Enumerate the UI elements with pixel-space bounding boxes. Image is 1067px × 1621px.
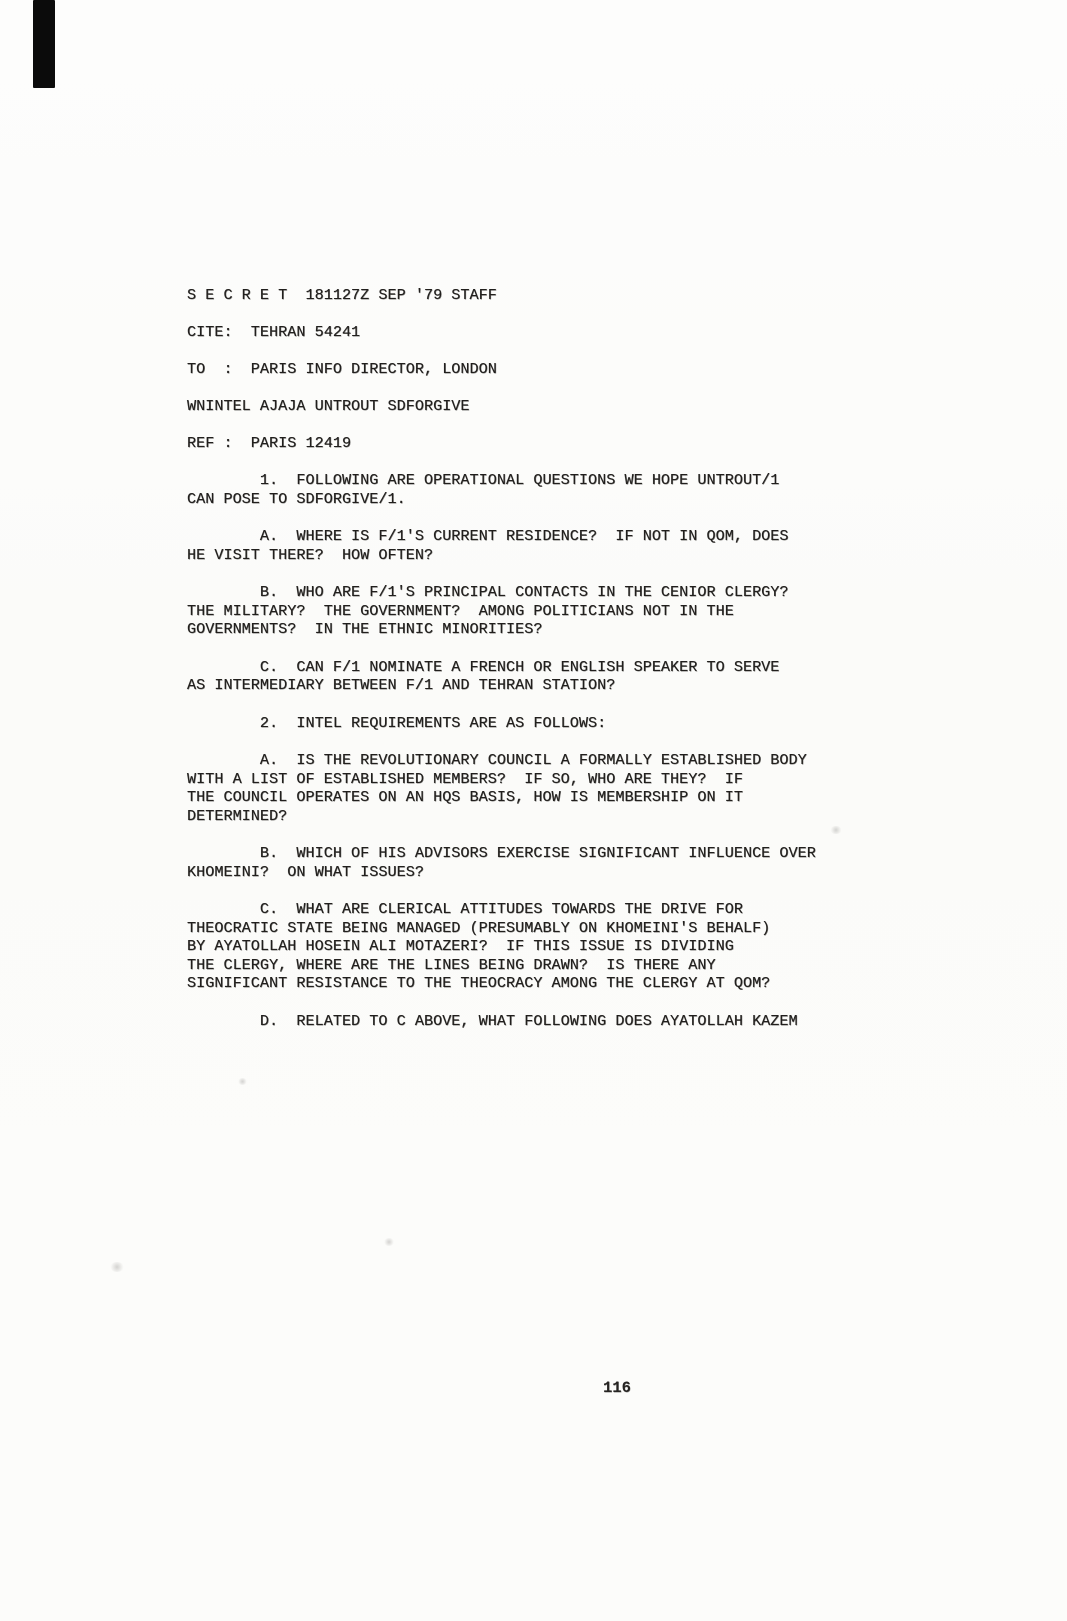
page-number: 116: [603, 1379, 631, 1397]
paragraph: B. WHICH OF HIS ADVISORS EXERCISE SIGNIF…: [187, 844, 887, 881]
text-line: THE MILITARY? THE GOVERNMENT? AMONG POLI…: [187, 602, 887, 621]
text-line: THEOCRATIC STATE BEING MANAGED (PRESUMAB…: [187, 919, 887, 938]
text-line: KHOMEINI? ON WHAT ISSUES?: [187, 863, 887, 882]
text-line: DETERMINED?: [187, 807, 887, 826]
text-line: D. RELATED TO C ABOVE, WHAT FOLLOWING DO…: [187, 1012, 887, 1031]
paragraph: B. WHO ARE F/1'S PRINCIPAL CONTACTS IN T…: [187, 583, 887, 639]
cable-header: S E C R E T 181127Z SEP '79 STAFFCITE: T…: [187, 286, 887, 453]
text-line: A. IS THE REVOLUTIONARY COUNCIL A FORMAL…: [187, 751, 887, 770]
text-line: BY AYATOLLAH HOSEIN ALI MOTAZERI? IF THI…: [187, 937, 887, 956]
scan-smudge: [238, 1078, 247, 1085]
header-line: REF : PARIS 12419: [187, 434, 887, 453]
text-line: WITH A LIST OF ESTABLISHED MEMBERS? IF S…: [187, 770, 887, 789]
text-line: HE VISIT THERE? HOW OFTEN?: [187, 546, 887, 565]
paragraph: 1. FOLLOWING ARE OPERATIONAL QUESTIONS W…: [187, 471, 887, 508]
scan-smudge: [384, 1238, 394, 1246]
text-line: THE CLERGY, WHERE ARE THE LINES BEING DR…: [187, 956, 887, 975]
text-line: B. WHO ARE F/1'S PRINCIPAL CONTACTS IN T…: [187, 583, 887, 602]
header-line: WNINTEL AJAJA UNTROUT SDFORGIVE: [187, 397, 887, 416]
paragraph: C. CAN F/1 NOMINATE A FRENCH OR ENGLISH …: [187, 658, 887, 695]
text-line: C. WHAT ARE CLERICAL ATTITUDES TOWARDS T…: [187, 900, 887, 919]
scan-smudge: [110, 1262, 124, 1272]
paragraph: A. WHERE IS F/1'S CURRENT RESIDENCE? IF …: [187, 527, 887, 564]
text-line: 2. INTEL REQUIREMENTS ARE AS FOLLOWS:: [187, 714, 887, 733]
text-line: THE COUNCIL OPERATES ON AN HQS BASIS, HO…: [187, 788, 887, 807]
text-line: AS INTERMEDIARY BETWEEN F/1 AND TEHRAN S…: [187, 676, 887, 695]
header-line: S E C R E T 181127Z SEP '79 STAFF: [187, 286, 887, 305]
text-line: C. CAN F/1 NOMINATE A FRENCH OR ENGLISH …: [187, 658, 887, 677]
text-line: SIGNIFICANT RESISTANCE TO THE THEOCRACY …: [187, 974, 887, 993]
text-line: B. WHICH OF HIS ADVISORS EXERCISE SIGNIF…: [187, 844, 887, 863]
paragraph: 2. INTEL REQUIREMENTS ARE AS FOLLOWS:: [187, 714, 887, 733]
scan-artifact-bar: [33, 0, 55, 88]
paragraph: D. RELATED TO C ABOVE, WHAT FOLLOWING DO…: [187, 1012, 887, 1031]
paragraph: C. WHAT ARE CLERICAL ATTITUDES TOWARDS T…: [187, 900, 887, 993]
text-line: CAN POSE TO SDFORGIVE/1.: [187, 490, 887, 509]
text-line: GOVERNMENTS? IN THE ETHNIC MINORITIES?: [187, 620, 887, 639]
cable-paragraphs: 1. FOLLOWING ARE OPERATIONAL QUESTIONS W…: [187, 471, 887, 1030]
document-body: S E C R E T 181127Z SEP '79 STAFFCITE: T…: [187, 286, 887, 1049]
header-line: CITE: TEHRAN 54241: [187, 323, 887, 342]
scanned-document-page: S E C R E T 181127Z SEP '79 STAFFCITE: T…: [0, 0, 1067, 1621]
text-line: 1. FOLLOWING ARE OPERATIONAL QUESTIONS W…: [187, 471, 887, 490]
text-line: A. WHERE IS F/1'S CURRENT RESIDENCE? IF …: [187, 527, 887, 546]
paragraph: A. IS THE REVOLUTIONARY COUNCIL A FORMAL…: [187, 751, 887, 825]
header-line: TO : PARIS INFO DIRECTOR, LONDON: [187, 360, 887, 379]
